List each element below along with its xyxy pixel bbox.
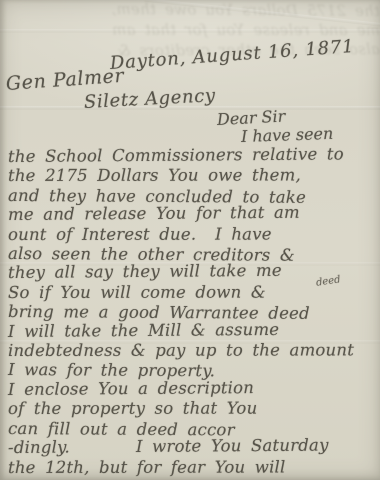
letter-body: the School Commissioners relative tothe …: [8, 147, 378, 477]
letter-line: of the property so that You: [8, 399, 378, 419]
letter-line: the 2175 Dollars You owe them,: [8, 166, 378, 186]
letter-scan: the 2175 Dollars You owe them, me and re…: [0, 0, 380, 480]
letter-line: the School Commissioners relative to: [8, 144, 378, 166]
bleedthrough-line: the 2175 Dollars You owe them,: [0, 0, 380, 21]
letter-line: I will take the Mill & assume: [8, 319, 378, 341]
letter-line: I enclose You a description: [8, 377, 378, 399]
letter-line: me and release You for that am: [8, 202, 378, 224]
paper-crease: [145, 0, 380, 30]
letter-address: Siletz Agency: [83, 85, 216, 113]
letter-line: indebtedness & pay up to the amount: [8, 340, 378, 360]
letter-line: the 12th, but for fear You will: [8, 457, 378, 477]
letter-line: -dingly. I wrote You Saturday: [8, 435, 378, 457]
letter-opening-phrase: I have seen: [241, 124, 334, 146]
letter-line: ount of Interest due. I have: [8, 224, 378, 244]
paper-crease: [0, 29, 380, 33]
letter-dateline: Dayton, August 16, 1871: [109, 36, 355, 74]
